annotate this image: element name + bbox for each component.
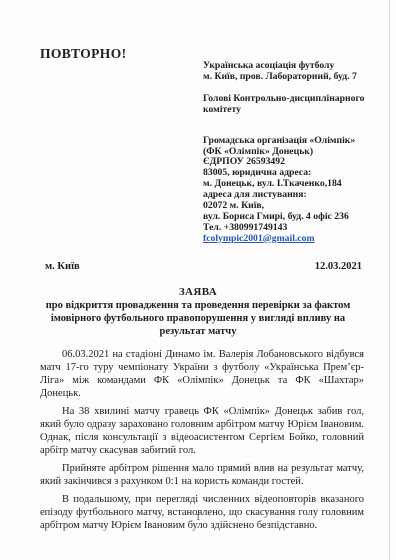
document-title: ЗАЯВА [30,286,366,298]
body-paragraph: На 38 хвилині матчу гравець ФК «Олімпік»… [40,405,364,457]
address-column: Українська асоціація футболу м. Київ, пр… [203,61,378,245]
recipient-org-block: Українська асоціація футболу м. Київ, пр… [203,61,378,83]
addressee-line: комітету [203,105,378,116]
document-subtitle: про відкриття провадження та проведення … [31,299,365,338]
body-paragraph: 06.03.2021 на стадіоні Динамо ім. Валері… [40,348,364,400]
date-label: 12.03.2021 [315,261,362,272]
body-text: 06.03.2021 на стадіоні Динамо ім. Валері… [40,348,364,537]
addressee-block: Голові Контрольно-дисциплінарного коміте… [203,94,378,116]
title-block: ЗАЯВА про відкриття провадження та прове… [30,286,366,338]
body-paragraph: Прийняте арбітром рішення мало прямий вл… [40,462,364,488]
scan-artifact-line [389,0,390,560]
sender-block: Громадська організація «Олімпік» (ФК «Ол… [203,136,378,245]
sender-email-line: fcolympic2001@gmail.com [203,234,378,245]
page-number: 1 [0,512,396,522]
email-link[interactable]: fcolympic2001@gmail.com [203,233,315,244]
place-date-row: м. Київ 12.03.2021 [45,261,362,272]
block-gap [203,116,378,136]
place-label: м. Київ [45,261,80,272]
document-page: ПОВТОРНО! Українська асоціація футболу м… [0,0,396,560]
recipient-org-line: м. Київ, пров. Лабораторний, буд. 7 [203,72,378,83]
sender-line: Громадська організація «Олімпік» [203,136,378,147]
repeat-stamp: ПОВТОРНО! [40,46,127,62]
